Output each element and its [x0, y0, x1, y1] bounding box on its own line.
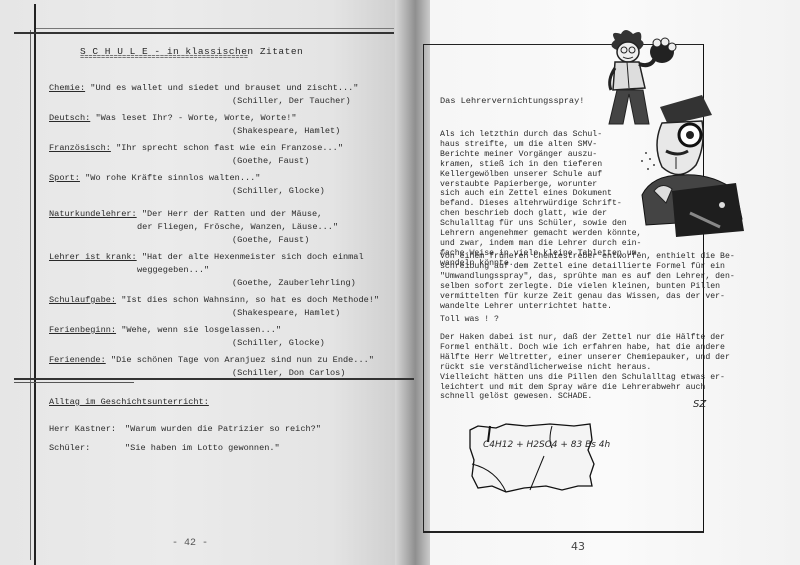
article-line: Lehrern angenehmer gemacht werden könnte…	[440, 229, 641, 239]
quote-text: "Die schönen Tage von Aranjuez sind nun …	[111, 355, 374, 365]
dialog: Herr Kastner:"Warum wurden die Patrizier…	[49, 420, 321, 458]
quote-item: Französisch: "Ihr sprecht schon fast wie…	[49, 142, 399, 168]
article-line: schnell gelöst gewesen. SCHADE.	[440, 392, 730, 402]
frame-line-top	[14, 32, 394, 34]
article-line: Von einem früheren Chemiestreber entworf…	[440, 252, 735, 262]
article-line: Formel enthält. Doch wie ich erfahren ha…	[440, 343, 730, 353]
frame-line-vertical-inner	[30, 30, 31, 560]
quote-text: "Ihr sprecht schon fast wie ein Franzose…	[116, 143, 343, 153]
article-line: leichtert und mit dem Spray wäre die Leh…	[440, 383, 730, 393]
quote-source: (Schiller, Glocke)	[49, 185, 399, 198]
article-line: verstaubte Papierberge, worunter	[440, 180, 641, 190]
article-line: schreibung auf dem Zettel eine detaillie…	[440, 262, 735, 272]
quote-text: "Der Herr der Ratten und der Mäuse,	[142, 209, 323, 219]
article-line: vermittelten für kurze Zeit genau das Wi…	[440, 292, 735, 302]
article-paragraph: Der Haken dabei ist nur, daß der Zettel …	[440, 333, 730, 402]
dialog-speaker: Schüler:	[49, 439, 125, 458]
article-line: Kellergewölben unserer Schule auf	[440, 170, 641, 180]
quote-text: "Wehe, wenn sie losgelassen..."	[121, 325, 281, 335]
dialog-text: "Sie haben im Lotto gewonnen."	[125, 443, 280, 453]
dialog-text: "Warum wurden die Patrizier so reich?"	[125, 424, 321, 434]
quote-source: (Shakespeare, Hamlet)	[49, 125, 399, 138]
article-title: Das Lehrervernichtungsspray!	[440, 96, 584, 106]
torn-paper-icon	[466, 420, 596, 495]
quote-topic: Lehrer ist krank:	[49, 252, 137, 262]
quote-topic: Schulaufgabe:	[49, 295, 116, 305]
quote-topic: Sport:	[49, 173, 80, 183]
quote-item: Ferienende: "Die schönen Tage von Aranju…	[49, 354, 399, 380]
article-line: und zwar, indem man die Lehrer durch ein…	[440, 239, 641, 249]
article-line: sich auch ein Zettel eines Dokument	[440, 189, 641, 199]
dialog-speaker: Herr Kastner:	[49, 420, 125, 439]
formula-note: C4H12 + H2SO4 + 83 Bs 4h	[483, 440, 610, 450]
article-line: Als ich letzthin durch das Schul-	[440, 130, 641, 140]
article-line: rückt sie verständlicherweise nicht hera…	[440, 363, 730, 373]
booklet-spread: S C H U L E - in klassischen Zitaten ===…	[0, 0, 800, 565]
quote-topic: Naturkundelehrer:	[49, 209, 137, 219]
article-line: chen beschrieb doch glatt, wie der	[440, 209, 641, 219]
author-signature: SZ	[693, 399, 706, 410]
article-line: haus streifte, um die alten SMV-	[440, 140, 641, 150]
article-line: Hälfte Herr Weltretter, einer unserer Ch…	[440, 353, 730, 363]
dialog-line: Herr Kastner:"Warum wurden die Patrizier…	[49, 420, 321, 439]
quote-list: Chemie: "Und es wallet und siedet und br…	[49, 82, 399, 384]
quote-source: (Shakespeare, Hamlet)	[49, 307, 399, 320]
article-line: Toll was ! ?	[440, 315, 499, 325]
quote-item: Schulaufgabe: "Ist dies schon Wahnsinn, …	[49, 294, 399, 320]
article-line: selben sofort zerlegte. Die vielen klein…	[440, 282, 735, 292]
left-page-title: S C H U L E - in klassischen Zitaten ===…	[80, 46, 303, 62]
spectacled-teacher-icon	[632, 95, 762, 240]
article-line: wandelte Lehrer unterrichtet hatte.	[440, 302, 735, 312]
quote-item: Naturkundelehrer: "Der Herr der Ratten u…	[49, 208, 399, 247]
quote-topic: Ferienende:	[49, 355, 106, 365]
quote-text: "Wo rohe Kräfte sinnlos walten..."	[85, 173, 260, 183]
quote-source: (Goethe, Faust)	[49, 155, 399, 168]
quote-item: Sport: "Wo rohe Kräfte sinnlos walten...…	[49, 172, 399, 198]
article-paragraph: Von einem früheren Chemiestreber entworf…	[440, 252, 735, 311]
article-paragraph: Toll was ! ?	[440, 315, 499, 325]
quote-source: (Schiller, Glocke)	[49, 337, 399, 350]
page-number-right: 43	[571, 540, 585, 553]
quote-item: Chemie: "Und es wallet und siedet und br…	[49, 82, 399, 108]
article-line: Vielleicht hätten uns die Pillen den Sch…	[440, 373, 730, 383]
article-line: kramen, stieß ich in den tieferen	[440, 160, 641, 170]
quote-text-continued: der Fliegen, Frösche, Wanzen, Läuse..."	[49, 221, 399, 234]
article-line: "Umwandlungsspray", das, sprühte man es …	[440, 272, 735, 282]
article-line: Schulalltag für uns Schüler, sowie den	[440, 219, 641, 229]
article-line: Der Haken dabei ist nur, daß der Zettel …	[440, 333, 730, 343]
page-number-left: - 42 -	[172, 538, 208, 549]
article-line: Berichte meiner Vorgänger auszu-	[440, 150, 641, 160]
quote-source: (Goethe, Faust)	[49, 234, 399, 247]
dialog-line: Schüler:"Sie haben im Lotto gewonnen."	[49, 439, 321, 458]
article-paragraph: Als ich letzthin durch das Schul-haus st…	[440, 130, 641, 269]
quote-item: Lehrer ist krank: "Hat der alte Hexenmei…	[49, 251, 399, 290]
article-line: befand. Dieses altehrwürdige Schrift-	[440, 199, 641, 209]
quote-source: (Schiller, Der Taucher)	[49, 95, 399, 108]
frame-line-vertical	[34, 4, 36, 565]
quote-item: Ferienbeginn: "Wehe, wenn sie losgelasse…	[49, 324, 399, 350]
quote-topic: Chemie:	[49, 83, 85, 93]
quote-item: Deutsch: "Was leset Ihr? - Worte, Worte,…	[49, 112, 399, 138]
frame-line-top-inner	[36, 28, 394, 29]
quote-topic: Deutsch:	[49, 113, 90, 123]
quote-topic: Französisch:	[49, 143, 111, 153]
quote-source: (Goethe, Zauberlehrling)	[49, 277, 399, 290]
quote-text: "Was leset Ihr? - Worte, Worte, Worte!"	[95, 113, 296, 123]
section-title: Alltag im Geschichtsunterricht:	[49, 397, 209, 407]
quote-text: "Ist dies schon Wahnsinn, so hat es doch…	[121, 295, 379, 305]
quote-topic: Ferienbeginn:	[49, 325, 116, 335]
quote-source: (Schiller, Don Carlos)	[49, 367, 399, 380]
quote-text: "Hat der alte Hexenmeister sich doch ein…	[142, 252, 364, 262]
quote-text-continued: weggegeben..."	[49, 264, 399, 277]
quote-text: "Und es wallet und siedet und brauset un…	[90, 83, 358, 93]
